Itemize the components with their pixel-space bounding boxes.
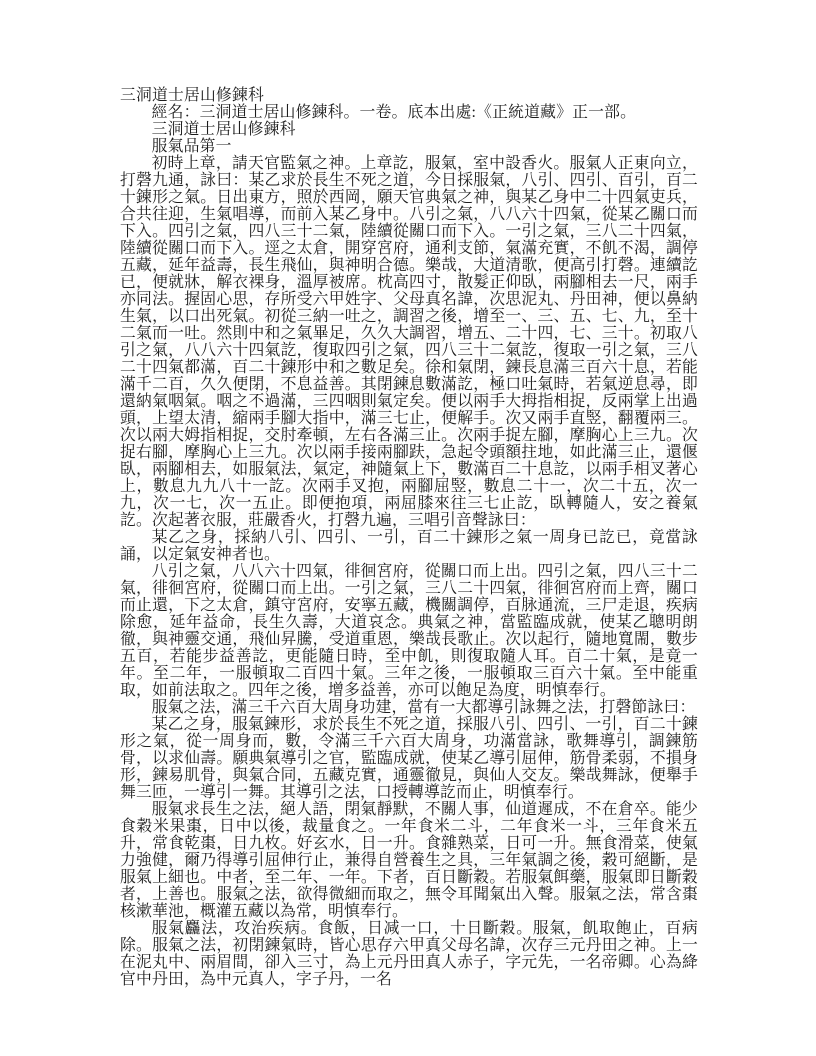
body-paragraph: 初時上章，請天官監氣之神。上章訖，服氣，室中設香火。服氣人正東向立，打磬九通，詠… xyxy=(120,155,698,529)
body-paragraph: 服氣求長生之法，絕人語，閉氣靜默，不關人事，仙道遲成，不在倉卒。能少食穀米果棗，… xyxy=(120,801,698,920)
subtitle-line: 三洞道士居山修鍊科 xyxy=(120,121,698,138)
meta-line: 經名：三洞道士居山修鍊科。一卷。底本出處:《正統道藏》正一部。 xyxy=(120,104,698,121)
doc-title-line: 三洞道士居山修鍊科 xyxy=(120,87,698,104)
body-paragraph: 服氣之法，滿三千六百大周身功建，當有一大都導引詠舞之法，打磬節詠曰： xyxy=(120,699,698,716)
body-paragraph: 某乙之身，採納八引、四引、一引，百二十鍊形之氣一周身已訖已，竟當詠誦，以定氣安神… xyxy=(120,529,698,563)
text-block: 三洞道士居山修鍊科 經名：三洞道士居山修鍊科。一卷。底本出處:《正統道藏》正一部… xyxy=(120,87,698,988)
chapter-heading: 服氣品第一 xyxy=(120,138,698,155)
body-paragraph: 八引之氣，八八六十四氣，徘徊宮府，從關口而上出。四引之氣，四八三十二氣，徘徊宮府… xyxy=(120,563,698,699)
document-page: 三洞道士居山修鍊科 經名：三洞道士居山修鍊科。一卷。底本出處:《正統道藏》正一部… xyxy=(0,0,816,1056)
body-paragraph: 服氣麤法，攻治疾病。食飯，日减一口，十日斷穀。服氣，飢取飽止，百病除。服氣之法，… xyxy=(120,920,698,988)
body-paragraph: 某乙之身，服氣鍊形，求於長生不死之道，採服八引、四引、一引，百二十鍊形之氣，從一… xyxy=(120,716,698,801)
